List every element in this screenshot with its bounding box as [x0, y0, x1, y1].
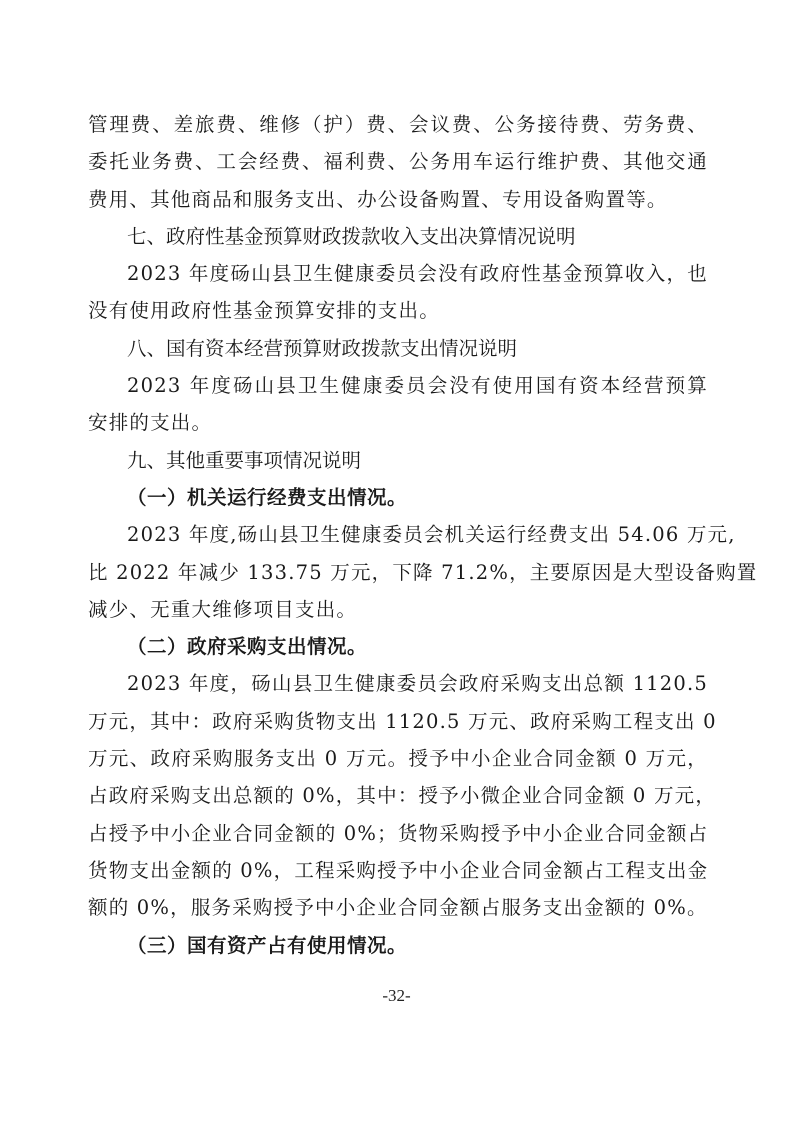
paragraph-line: 比 2022 年减少 133.75 万元，下降 71.2%，主要原因是大型设备购… [88, 554, 708, 591]
paragraph-line: 2023 年度，砀山县卫生健康委员会政府采购支出总额 1120.5 [88, 665, 708, 702]
subsection-heading-2: （二）政府采购支出情况。 [88, 628, 708, 665]
paragraph-line: 费用、其他商品和服务支出、办公设备购置、专用设备购置等。 [88, 181, 708, 218]
paragraph-line: 委托业务费、工会经费、福利费、公务用车运行维护费、其他交通 [88, 143, 708, 180]
paragraph-line: 占政府采购支出总额的 0%，其中：授予小微企业合同金额 0 万元， [88, 777, 708, 814]
paragraph-line: 额的 0%，服务采购授予中小企业合同金额占服务支出金额的 0%。 [88, 889, 708, 926]
paragraph-line: 减少、无重大维修项目支出。 [88, 591, 708, 628]
paragraph-line: 占授予中小企业合同金额的 0%；货物采购授予中小企业合同金额占 [88, 815, 708, 852]
subsection-heading-3: （三）国有资产占有使用情况。 [88, 927, 708, 964]
paragraph-line: 没有使用政府性基金预算安排的支出。 [88, 292, 708, 329]
paragraph-line: 2023 年度砀山县卫生健康委员会没有政府性基金预算收入，也 [88, 255, 708, 292]
paragraph-line: 货物支出金额的 0%，工程采购授予中小企业合同金额占工程支出金 [88, 852, 708, 889]
section-heading-9: 九、其他重要事项情况说明 [88, 442, 708, 479]
page-number: -32- [0, 986, 793, 1006]
paragraph-line: 2023 年度,砀山县卫生健康委员会机关运行经费支出 54.06 万元, [88, 516, 708, 553]
paragraph-line: 管理费、差旅费、维修（护）费、会议费、公务接待费、劳务费、 [88, 106, 708, 143]
paragraph-line: 万元，其中：政府采购货物支出 1120.5 万元、政府采购工程支出 0 [88, 703, 708, 740]
paragraph-line: 安排的支出。 [88, 404, 708, 441]
subsection-heading-1: （一）机关运行经费支出情况。 [88, 479, 708, 516]
paragraph-line: 2023 年度砀山县卫生健康委员会没有使用国有资本经营预算 [88, 367, 708, 404]
section-heading-8: 八、国有资本经营预算财政拨款支出情况说明 [88, 330, 708, 367]
section-heading-7: 七、政府性基金预算财政拨款收入支出决算情况说明 [88, 218, 708, 255]
document-page: 管理费、差旅费、维修（护）费、会议费、公务接待费、劳务费、 委托业务费、工会经费… [88, 106, 708, 964]
paragraph-line: 万元、政府采购服务支出 0 万元。授予中小企业合同金额 0 万元， [88, 740, 708, 777]
